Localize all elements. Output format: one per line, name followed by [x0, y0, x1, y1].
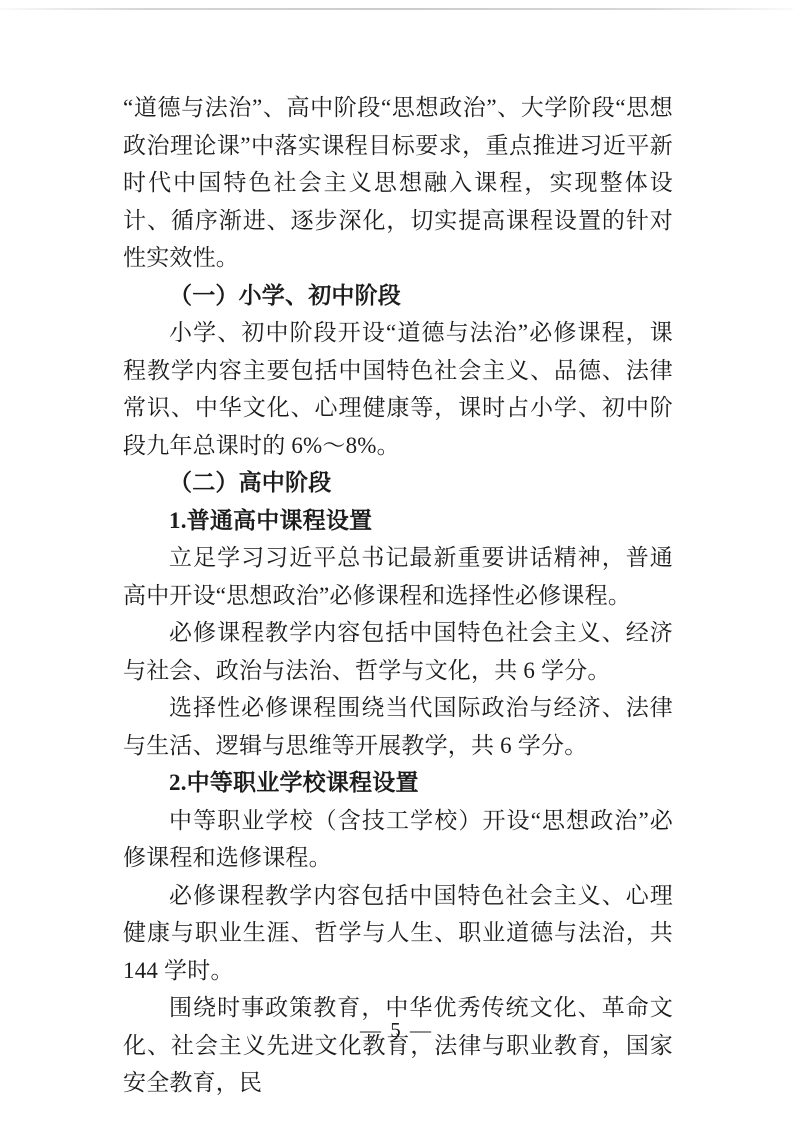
scan-artifact-line [0, 8, 793, 10]
paragraph: 围绕时事政策教育，中华优秀传统文化、革命文化、社会主义先进文化教育，法律与职业教… [123, 989, 673, 1102]
document-body: “道德与法治”、高中阶段“思想政治”、大学阶段“思想政治理论课”中落实课程目标要… [123, 89, 673, 1102]
section-heading: （二）高中阶段 [123, 464, 673, 502]
paragraph: 立足学习习近平总书记最新重要讲话精神，普通高中开设“思想政治”必修课程和选择性必… [123, 539, 673, 614]
paragraph: 中等职业学校（含技工学校）开设“思想政治”必修课程和选修课程。 [123, 802, 673, 877]
paragraph-continued: “道德与法治”、高中阶段“思想政治”、大学阶段“思想政治理论课”中落实课程目标要… [123, 89, 673, 277]
document-page: “道德与法治”、高中阶段“思想政治”、大学阶段“思想政治理论课”中落实课程目标要… [0, 0, 793, 1122]
paragraph: 必修课程教学内容包括中国特色社会主义、心理健康与职业生涯、哲学与人生、职业道德与… [123, 877, 673, 990]
section-heading: （一）小学、初中阶段 [123, 277, 673, 315]
paragraph: 小学、初中阶段开设“道德与法治”必修课程，课程教学内容主要包括中国特色社会主义、… [123, 314, 673, 464]
page-number: — 5 — [360, 1018, 433, 1042]
subsection-heading: 1.普通高中课程设置 [123, 502, 673, 540]
subsection-heading: 2.中等职业学校课程设置 [123, 764, 673, 802]
paragraph: 选择性必修课程围绕当代国际政治与经济、法律与生活、逻辑与思维等开展教学，共 6 … [123, 689, 673, 764]
page-footer: — 5 — [0, 1015, 793, 1045]
paragraph: 必修课程教学内容包括中国特色社会主义、经济与社会、政治与法治、哲学与文化，共 6… [123, 614, 673, 689]
